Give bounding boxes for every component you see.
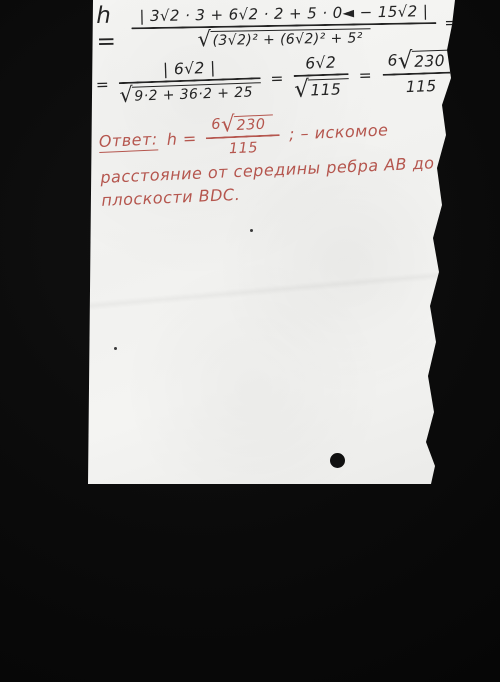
fraction-result-numerator: 6 √ 230 [381, 49, 459, 74]
radicand: 9·2 + 36·2 + 25 [132, 82, 261, 104]
fraction-sqrt115-denominator: √ 115 [294, 75, 350, 100]
answer-tail: ; – искомое [289, 121, 389, 144]
equals-sign: = [357, 66, 373, 85]
paper-crease [86, 260, 458, 320]
notebook-page: h = | 3√2 · 3 + 6√2 · 2 + 5 · 0◄ − 15√2 … [86, 0, 458, 484]
fraction-sqrt115: 6√2 √ 115 [293, 53, 350, 100]
fraction-result: 6 √ 230 115 [381, 49, 460, 97]
fraction-abs: | 6√2 | √ 9·2 + 36·2 + 25 [118, 57, 261, 105]
equals-sign: = [94, 75, 110, 94]
radicand: 230 [234, 114, 274, 134]
fraction-main: | 3√2 · 3 + 6√2 · 2 + 5 · 0◄ − 15√2 | √ … [131, 2, 437, 50]
equals-sign: = [269, 69, 285, 88]
paper-speck [250, 229, 253, 232]
fraction-result-denominator: 115 [405, 74, 437, 96]
answer-fraction-denominator: 115 [228, 138, 258, 158]
formula-lhs: h = [96, 3, 125, 55]
semicolon: ; [468, 62, 476, 80]
radicand: 115 [308, 78, 349, 99]
fraction-sqrt115-numerator: 6√2 [297, 53, 344, 75]
radicand: (3√2)² + (6√2)² + 5² [210, 28, 371, 49]
answer-fraction: 6 √ 230 115 [205, 114, 281, 159]
answer-note: Ответ: h = 6 √ 230 115 ; – искомое расст… [98, 107, 436, 210]
fraction-main-denominator: √ (3√2)² + (6√2)² + 5² [197, 25, 370, 49]
hole-punch-dot [330, 453, 345, 468]
paper-speck [114, 347, 117, 350]
fraction-abs-denominator: √ 9·2 + 36·2 + 25 [119, 79, 261, 105]
answer-h-equals: h = [166, 129, 197, 149]
answer-label: Ответ: [98, 130, 158, 154]
formula-line-2: = | 6√2 | √ 9·2 + 36·2 + 25 = 6√2 √ 115 … [94, 49, 477, 107]
coefficient: 6 [387, 51, 398, 69]
equals-sign: = [443, 14, 458, 32]
fraction-abs-numerator: | 6√2 | [155, 58, 224, 80]
radicand: 230 [412, 49, 453, 70]
